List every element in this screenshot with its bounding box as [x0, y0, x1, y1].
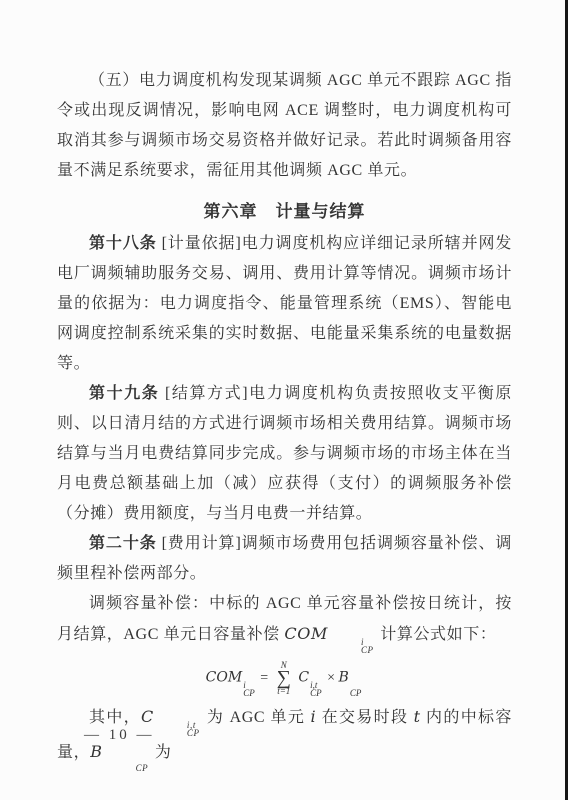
formula-equals: = [260, 671, 268, 686]
article-18-paragraph: 第十八条 [计量依据]电力调度机构应详细记录所辖并网发电厂调频辅助服务交易、调用… [57, 229, 512, 379]
summation-lower-limit: t=1 [277, 687, 290, 696]
article-18-lead: 第十八条 [89, 235, 157, 252]
formula-b-sub: CP [350, 689, 362, 697]
capacity-compensation-formula: COMiCP = N∑t=1 Ci,tCP × B CP [57, 661, 512, 697]
formula-c-base: C [298, 670, 309, 686]
sigma-icon: ∑ [277, 670, 291, 687]
capacity-compensation-paragraph: 调频容量补偿：中标的 AGC 单元容量补偿按日统计，按月结算，AGC 单元日容量… [57, 589, 512, 654]
formula-times: × [327, 671, 335, 686]
article-19-body: [结算方式]电力调度机构负责按照收支平衡原则、以日清月结的方式进行调频市场相关费… [57, 385, 512, 522]
article-20-lead: 第二十条 [89, 535, 157, 552]
formula-c-sub: CP [310, 689, 322, 697]
where-c-sub: CP [155, 729, 200, 737]
article-18-body: [计量依据]电力调度机构应详细记录所辖并网发电厂调频辅助服务交易、调用、费用计算… [57, 235, 512, 372]
where-text-3: 在交易时段 [316, 709, 413, 726]
formula-lhs-base: COM [206, 670, 243, 686]
formula-lhs-sub: CP [243, 689, 255, 697]
formula-b-base: B [339, 670, 349, 686]
article-19-lead: 第十九条 [89, 385, 159, 402]
where-c-base: C [141, 707, 154, 726]
where-c-supsub: i,tCP [155, 721, 200, 737]
paragraph-item-5: （五）电力调度机构发现某调频 AGC 单元不跟踪 AGC 指令或出现反调情况，影… [57, 66, 512, 186]
article-20-paragraph: 第二十条 [费用计算]调频市场费用包括调频容量补偿、调频里程补偿两部分。 [57, 529, 512, 589]
where-b-supsub: CP [104, 756, 149, 772]
capacity-text-after: 计算公式如下： [376, 626, 497, 643]
summation-symbol: N∑t=1 [277, 661, 291, 696]
article-19-paragraph: 第十九条 [结算方式]电力调度机构负责按照收支平衡原则、以日清月结的方式进行调频… [57, 379, 512, 529]
document-page: （五）电力调度机构发现某调频 AGC 单元不跟踪 AGC 指令或出现反调情况，影… [0, 0, 568, 800]
where-text-2: 为 AGC 单元 [202, 709, 311, 726]
formula-lhs-supsub: iCP [243, 681, 255, 697]
paragraph-item-5-text: （五）电力调度机构发现某调频 AGC 单元不跟踪 AGC 指令或出现反调情况，影… [57, 72, 512, 179]
chapter-heading-text: 第六章 计量与结算 [204, 202, 366, 221]
page-number: — 10 — [84, 727, 155, 744]
where-b-base: B [90, 742, 102, 761]
where-text-5: 为 [150, 744, 171, 761]
where-b-sub: CP [104, 764, 149, 772]
where-var-t: t [414, 707, 421, 726]
capacity-var-sub: CP [329, 646, 374, 654]
formula-c-supsub: i,tCP [310, 681, 322, 697]
formula-b-supsub: CP [350, 681, 362, 697]
chapter-heading: 第六章 计量与结算 [57, 197, 512, 227]
capacity-var-base: COM [284, 624, 328, 643]
capacity-var-sup: i [329, 638, 364, 646]
capacity-var-supsub: iCP [329, 638, 374, 654]
where-text-1: 其中， [89, 709, 141, 726]
